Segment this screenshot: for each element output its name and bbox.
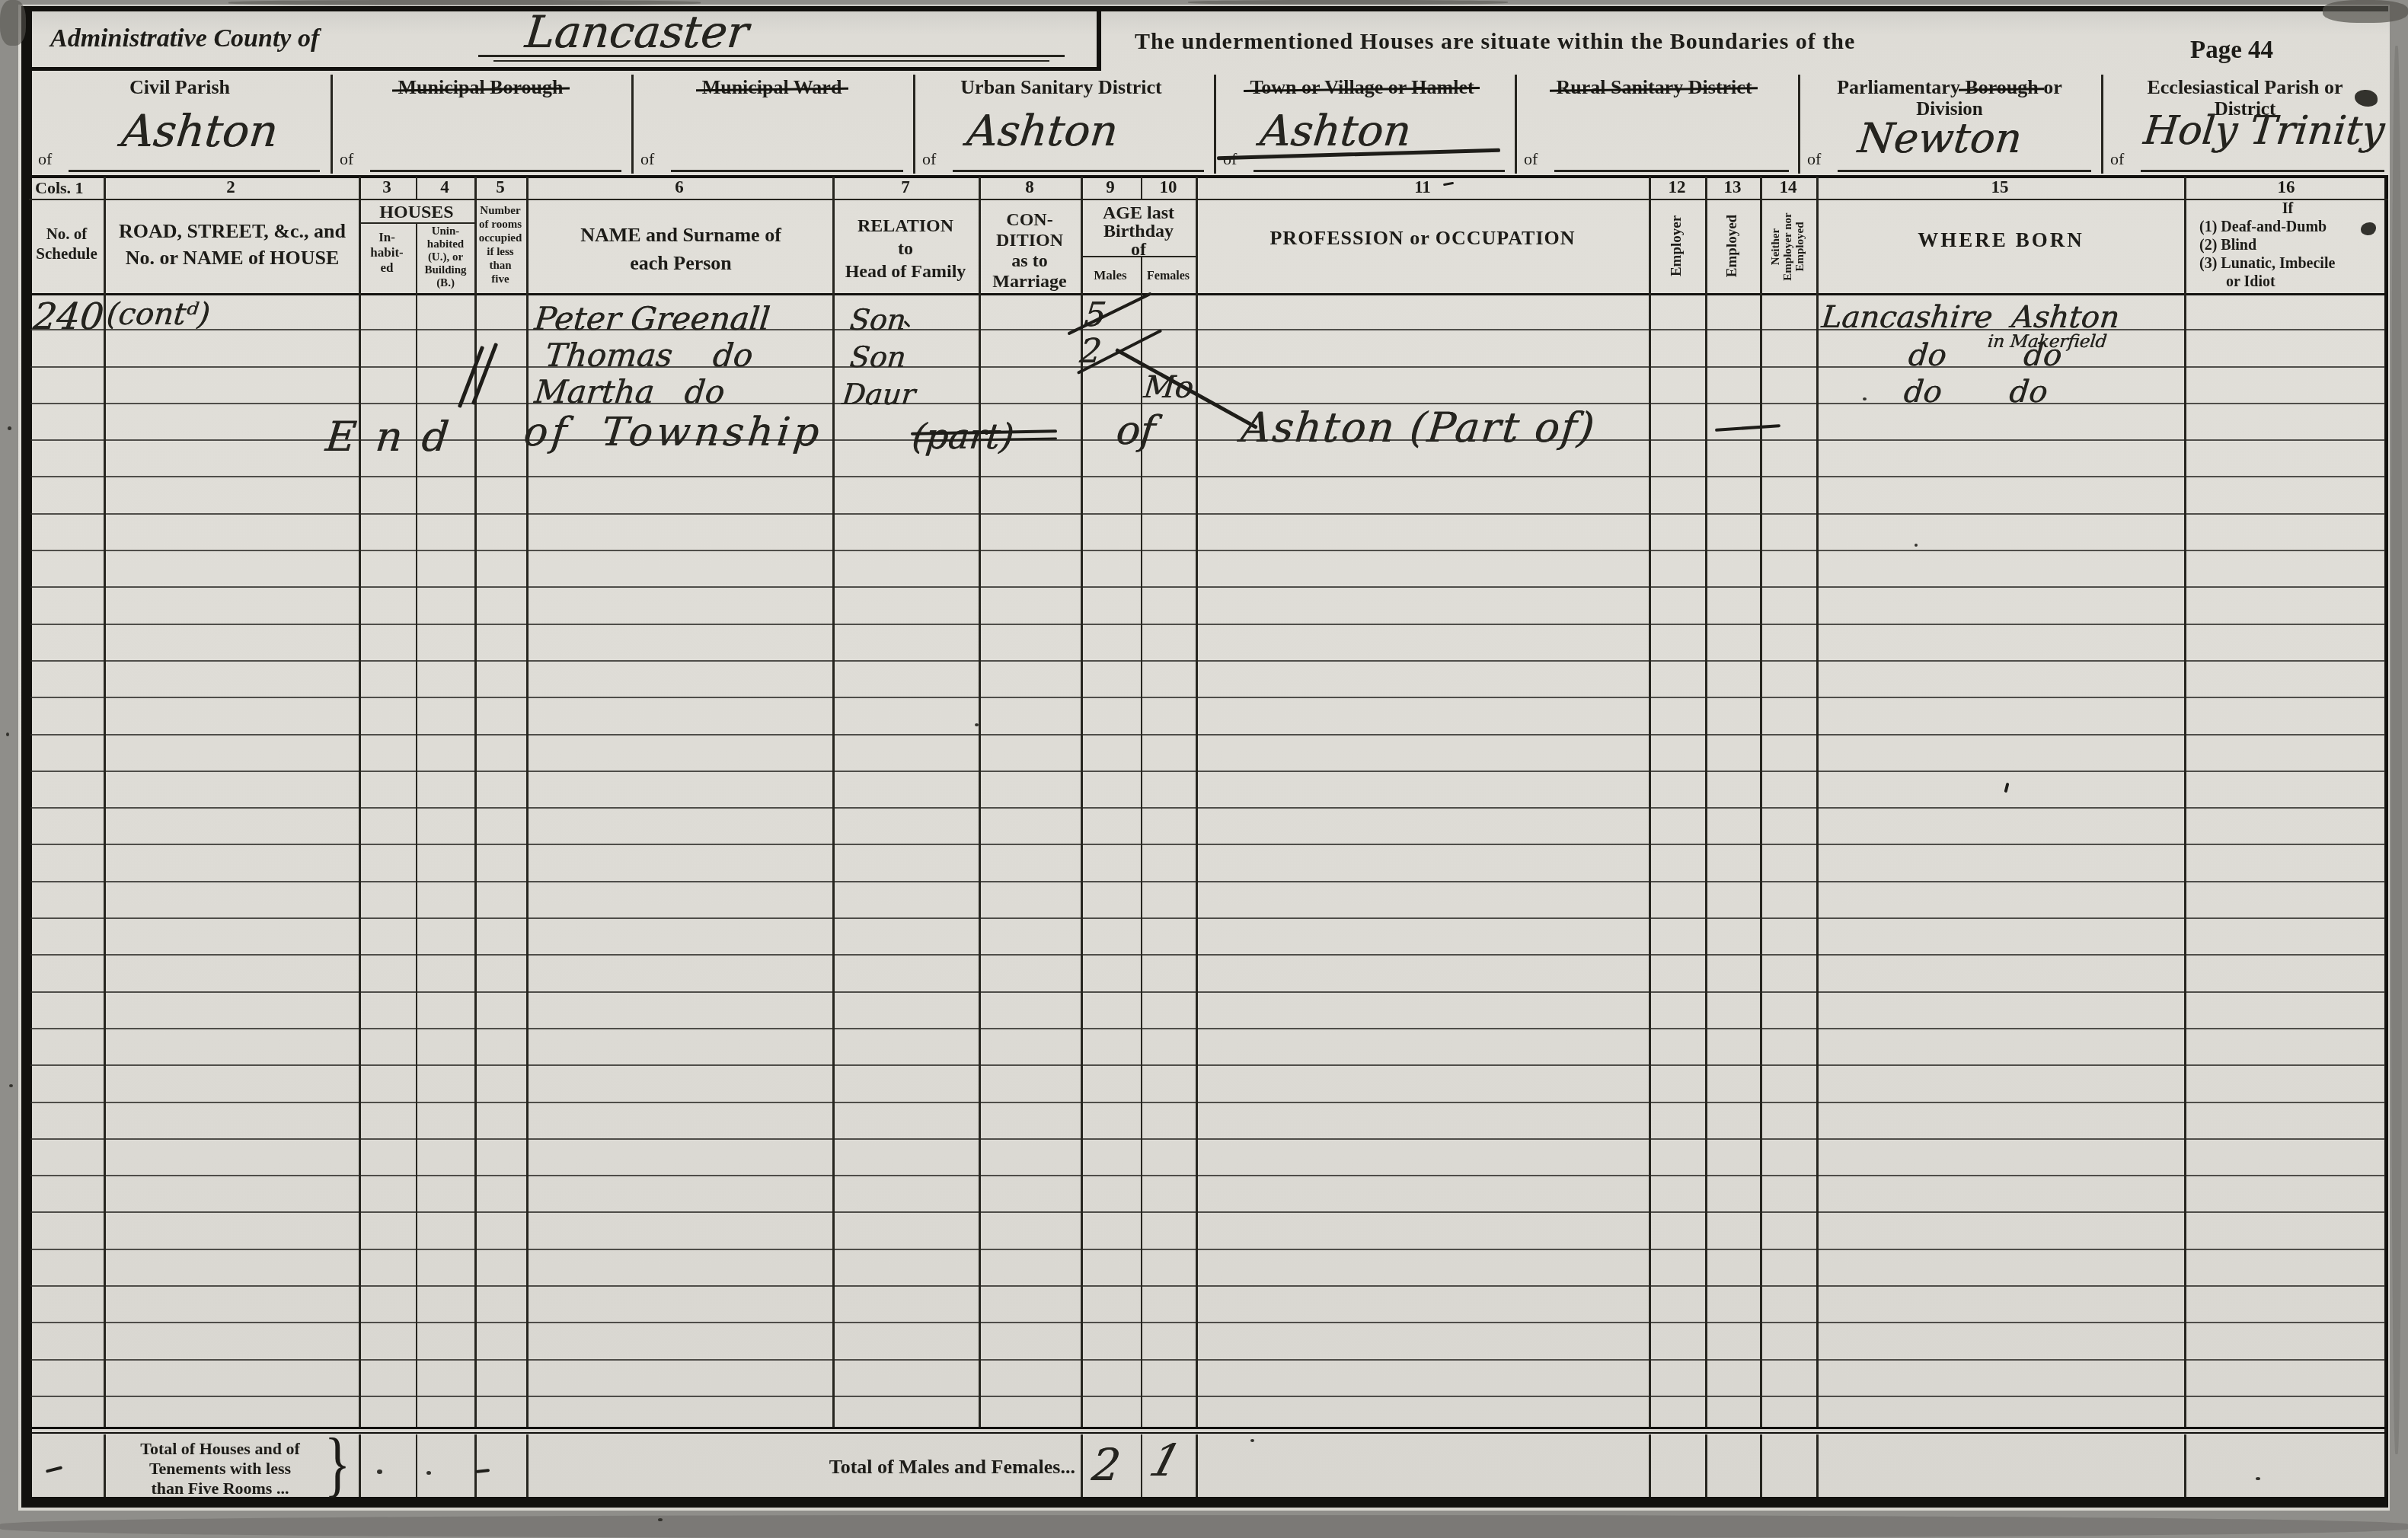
person-born: Lancashire Ashton [1820,300,2122,335]
of-label: of [1524,149,1538,169]
totals-houses-label: Total of Houses and of Tenements with le… [120,1439,320,1498]
column-divider [359,1434,361,1497]
entry-line [69,170,320,172]
col-header-road: ROAD, STREET, &c., and No. or NAME of HO… [111,218,353,271]
col-num-2: 2 [200,177,261,197]
column-divider [104,177,106,1428]
margin-speck [8,426,11,430]
scan-smudge [228,0,701,5]
heading-text: The undermentioned Houses are situate wi… [1135,29,1855,55]
column-divider [474,1434,477,1497]
census-scan-page: Administrative County of Lancaster The u… [0,0,2408,1538]
entry-line [1838,170,2091,172]
person-name: Martha do [532,373,726,410]
col-header-rooms: Number of rooms occupied if less than fi… [475,204,525,286]
end-line-word1: End [324,413,471,461]
col-header-where-born: WHERE BORN [1818,228,2184,252]
col-header-age-group: AGE last Birthday of [1082,204,1195,259]
col-num-8: 8 [999,177,1060,197]
schedule-number: 240 [31,295,106,338]
column-divider [1705,177,1707,1428]
pen-speck [1863,397,1867,400]
column-divider [1649,1434,1651,1497]
margin-speck [9,1084,13,1087]
county-underline-2 [493,60,1049,62]
entry-line [2141,170,2384,172]
column-divider [1196,1434,1198,1497]
of-label: of [38,149,52,169]
of-label: of [340,149,353,169]
ruled-rows [30,294,2385,1428]
district-label-urban-sanitary: Urban Sanitary District [911,76,1212,99]
numbers-underline [29,199,2388,200]
totals-males-females-label: Total of Males and Females... [723,1456,1075,1479]
end-line-word2: of Township [522,410,825,455]
civil-parish-value: Ashton [119,105,280,157]
pen-speck [2256,1477,2260,1480]
bottom-border [21,1497,2388,1508]
col-num-11: 11 [1392,177,1453,197]
column-divider [1196,177,1198,1428]
col-header-females: Females [1142,270,1195,283]
entry-line [953,170,1204,172]
col-header-inhabited: In- habit- ed [359,230,414,276]
end-line-word4: Ashton (Part of) [1239,404,1598,452]
pen-speck [975,723,979,726]
column-divider [416,222,417,1428]
district-label-municipal-borough: Municipal Borough [332,76,629,99]
ecclesiastical-value: Holy Trinity [2141,108,2387,154]
person-name: Thomas do [543,337,754,374]
col-header-condition: CON- DITION as to Marriage [980,210,1079,292]
district-label-rural-sanitary: Rural Sanitary District [1512,76,1796,99]
person-relation: Son [848,303,908,337]
col-header-neither: Neither Employer nor Employed [1770,201,1806,292]
column-divider [526,177,529,1428]
column-divider [526,1434,529,1497]
col-header-name: NAME and Surname of each Person [533,221,829,277]
end-line-word3: of [1114,408,1158,454]
column-divider [2184,177,2186,1428]
page-number: Page 44 [2190,37,2273,65]
person-name: Peter Greenall [532,300,771,337]
county-value-handwriting: Lancaster [522,6,751,58]
scan-edge [2391,46,2402,1454]
of-label: of [1807,149,1821,169]
scan-smudge [1188,0,1508,5]
column-divider [1649,177,1651,1428]
totals-males-value: 2 [1089,1439,1123,1491]
col-num-9: 9 [1080,177,1141,197]
scan-smudge [0,0,26,46]
column-divider [832,177,835,1428]
district-label-municipal-ward: Municipal Ward [633,76,911,99]
town-village-value: Ashton [1258,107,1413,156]
of-label: of [2110,149,2124,169]
col-header-employed: Employed [1724,200,1741,292]
column-divider [104,1434,106,1497]
totals-mark-uninhabited [426,1471,431,1475]
pen-speck [1915,544,1918,547]
district-label-ecclesiastical: Ecclesiastical Parish or [2103,76,2387,99]
col-header-profession: PROFESSION or OCCUPATION [1197,227,1648,250]
column-divider [1705,1434,1707,1497]
col-num-6: 6 [649,177,710,197]
totals-mark-inhabited [377,1469,382,1474]
col-num-7: 7 [875,177,936,197]
scan-edge [0,1515,2408,1538]
person-relation: Daur [841,378,917,411]
totals-top-rule [29,1427,2388,1429]
col-num-12: 12 [1646,177,1707,197]
column-divider [416,1434,417,1497]
col-num-16: 16 [2256,177,2317,197]
column-divider [359,177,361,1428]
road-entry: (contᵈ) [105,297,212,332]
column-divider [1760,177,1762,1428]
col-header-relation: RELATION to Head of Family [834,215,977,283]
pen-speck [658,1518,663,1521]
col-header-infirmity-title: If [2193,200,2382,218]
col-header-schedule: No. of Schedule [30,224,103,263]
col-num-13: 13 [1702,177,1763,197]
person-born-note: in Makerfield [1987,332,2108,352]
end-line-struck-word: (part) [910,416,1016,457]
col-num-14: 14 [1758,177,1819,197]
col-header-males: Males [1081,268,1140,283]
column-divider [1760,1434,1762,1497]
scan-smudge [2323,0,2408,23]
district-label-town-village: Town or Village or Hamlet [1212,76,1512,99]
person-relation: Son [848,340,908,374]
col-num-5: 5 [470,177,531,197]
col-num-10: 10 [1138,177,1199,197]
district-label-parliamentary: Parliamentary Borough or [1800,76,2100,99]
entry-line [1554,170,1789,172]
col-header-uninhabited: Unin- habited (U.), or Building (B.) [417,225,474,290]
margin-speck [6,732,9,736]
urban-sanitary-value: Ashton [965,107,1120,156]
entry-line [671,170,903,172]
col-header-houses-group: HOUSES [359,203,474,223]
col-num-3: 3 [356,177,417,197]
entry-line [1254,170,1505,172]
entry-line [370,170,621,172]
totals-top-rule-2 [29,1432,2388,1434]
column-divider [1816,1434,1819,1497]
of-label: of [922,149,936,169]
col-num-1: Cols. 1 [35,178,84,198]
column-divider [979,177,981,1428]
district-label-civil-parish: Civil Parish [30,76,329,99]
county-label: Administrative County of [50,24,319,53]
parliamentary-value: Newton [1856,114,2024,162]
person-born: do do [1902,375,2049,410]
pen-speck [1250,1439,1254,1442]
col-header-employer: Employer [1669,200,1685,292]
column-divider [1816,177,1819,1428]
column-divider [1081,1434,1083,1497]
column-divider [1141,1434,1142,1497]
totals-brace: } [324,1421,351,1505]
col-num-4: 4 [414,177,475,197]
col-num-15: 15 [1969,177,2030,197]
column-divider [2184,1434,2186,1497]
of-label: of [640,149,654,169]
